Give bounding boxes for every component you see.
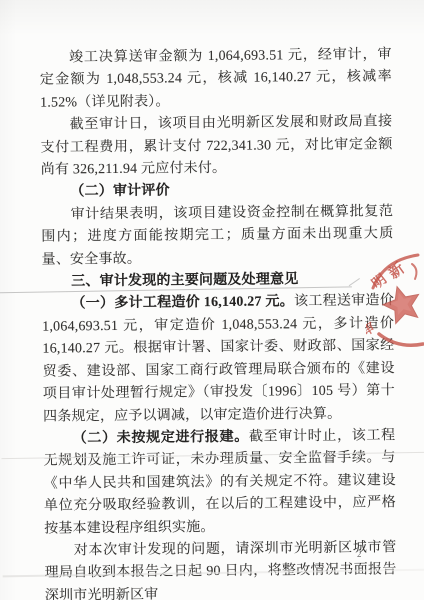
paragraph-evaluation-result: 审计结果表明，该项目建设资金控制在概算批复范围内；进度方面能按期完工；质量方面未… xyxy=(41,201,394,272)
paragraph-rectification-request: 对本次审计发现的问题，请深圳市光明新区城市管理局自收到本报告之日起 90 日内，… xyxy=(44,537,397,600)
finding-1-body: 该工程送审造价 1,064,693.51 元，审定造价 1,048,553.24… xyxy=(42,294,395,424)
page-number: 2 xyxy=(357,549,362,559)
paragraph-finding-overstated-cost: （一）多计工程造价 16,140.27 元。该工程送审造价 1,064,693.… xyxy=(42,291,395,429)
finding-2-lead: （二）未按规定进行报建。 xyxy=(73,430,249,447)
paragraph-finding-no-permit: （二）未按规定进行报建。截至审计时止，该工程无规划及施工许可证，未办理质量、安全… xyxy=(43,425,396,540)
paragraph-payment-status: 截至审计日，该项目由光明新区发展和财政局直接支付工程费用，累计支付 722,34… xyxy=(40,111,393,182)
report-text-block: 竣工决算送审金额为 1,064,693.51 元，经审计，审定金额为 1,048… xyxy=(40,44,397,600)
finding-1-lead: （一）多计工程造价 16,140.27 元。 xyxy=(71,295,294,312)
scanned-audit-report-page: 竣工决算送审金额为 1,064,693.51 元，经审计，审定金额为 1,048… xyxy=(0,0,424,600)
paragraph-settlement-amounts: 竣工决算送审金额为 1,064,693.51 元，经审计，审定金额为 1,048… xyxy=(40,44,393,115)
